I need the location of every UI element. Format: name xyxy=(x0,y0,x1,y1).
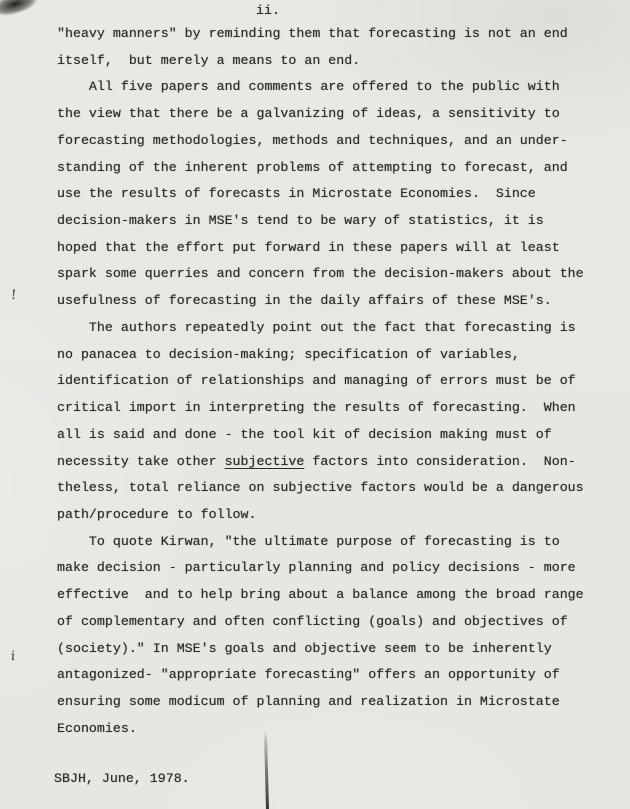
page-number: ii. xyxy=(256,3,280,18)
text-line: Economies. xyxy=(57,716,620,743)
text-line: make decision - particularly planning an… xyxy=(57,555,620,582)
text-line: necessity take other subjective factors … xyxy=(57,449,620,476)
text-line: All five papers and comments are offered… xyxy=(57,74,620,101)
text-line: no panacea to decision-making; specifica… xyxy=(57,342,620,369)
text-line: effective and to help bring about a bala… xyxy=(57,582,620,609)
text-line: decision-makers in MSE's tend to be wary… xyxy=(57,208,620,235)
text-line: antagonized- "appropriate forecasting" o… xyxy=(57,662,620,689)
text-line: itself, but merely a means to an end. xyxy=(57,48,620,75)
text-line: usefulness of forecasting in the daily a… xyxy=(57,288,620,315)
text-line: The authors repeatedly point out the fac… xyxy=(57,315,620,342)
text-line: use the results of forecasts in Microsta… xyxy=(57,181,620,208)
scan-smudge xyxy=(0,0,48,25)
text-line: identification of relationships and mana… xyxy=(57,368,620,395)
text-line: forecasting methodologies, methods and t… xyxy=(57,128,620,155)
text-segment: factors into consideration. Non- xyxy=(304,454,575,469)
text-line: the view that there be a galvanizing of … xyxy=(57,101,620,128)
text-line: hoped that the effort put forward in the… xyxy=(57,235,620,262)
margin-pencil-mark: ! xyxy=(10,288,16,303)
scanned-page: ii. "heavy manners" by reminding them th… xyxy=(0,0,630,809)
text-line: of complementary and often conflicting (… xyxy=(57,609,620,636)
text-line: To quote Kirwan, "the ultimate purpose o… xyxy=(57,529,620,556)
text-line: spark some querries and concern from the… xyxy=(57,261,620,288)
text-line: ensuring some modicum of planning and re… xyxy=(57,689,620,716)
text-line: critical import in interpreting the resu… xyxy=(57,395,620,422)
text-line: path/procedure to follow. xyxy=(57,502,620,529)
text-body: "heavy manners" by reminding them that f… xyxy=(57,21,620,742)
text-line: (society)." In MSE's goals and objective… xyxy=(57,636,620,663)
text-line: standing of the inherent problems of att… xyxy=(57,155,620,182)
text-segment: necessity take other xyxy=(57,454,225,469)
text-line: "heavy manners" by reminding them that f… xyxy=(57,21,620,48)
text-line: all is said and done - the tool kit of d… xyxy=(57,422,620,449)
margin-pencil-mark: i xyxy=(10,649,16,664)
underlined-word: subjective xyxy=(225,454,305,469)
signature-line: SBJH, June, 1978. xyxy=(54,771,190,786)
crease-line xyxy=(264,731,269,809)
text-line: theless, total reliance on subjective fa… xyxy=(57,475,620,502)
